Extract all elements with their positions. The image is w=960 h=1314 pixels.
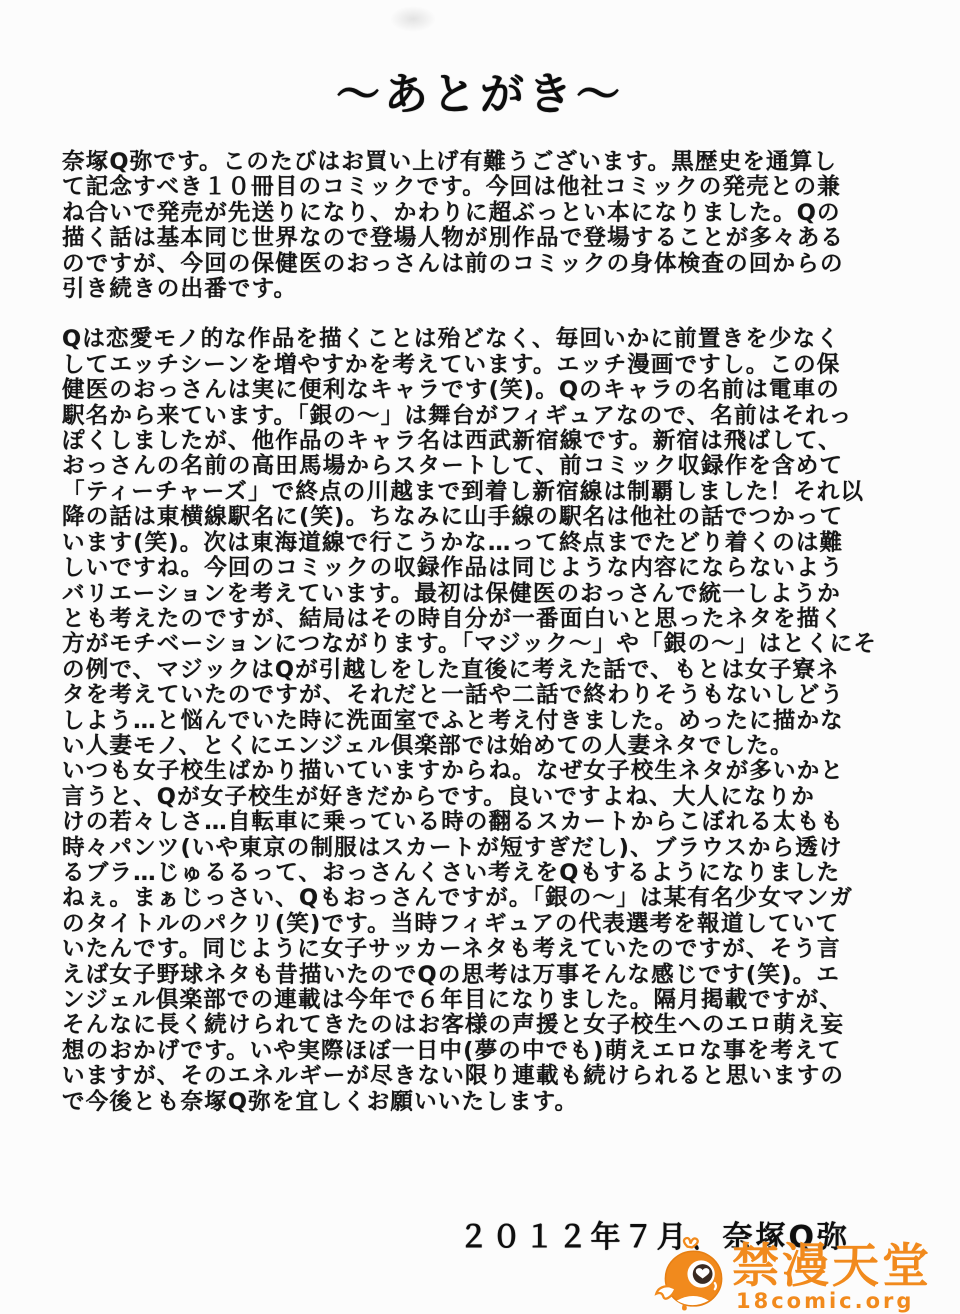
text-line: とも考えたのですが、結局はその時自分が一番面白いと思ったネタを描く xyxy=(62,607,900,632)
text-line: 方がモチベーションにつながります。「マジック～」や「銀の～」はとくにそ xyxy=(62,632,900,657)
text-line: しよう…と悩んでいた時に洗面室でふと考え付きました。めったに描かな xyxy=(62,709,900,734)
paragraph-2: Qは恋愛モノ的な作品を描くことは殆どなく、毎回いかに前置きを少なくしてエッチシー… xyxy=(62,327,900,1115)
text-line: ンジェル倶楽部での連載は今年で６年目になりました。隔月掲載ですが、 xyxy=(62,988,900,1013)
text-line: いたんです。同じように女子サッカーネタも考えていたのですが、そう言 xyxy=(62,937,900,962)
afterword-page: ～あとがき～ 奈塚Q弥です。このたびはお買い上げ有難うございます。黒歴史を通算し… xyxy=(0,0,960,1314)
text-line: Qは恋愛モノ的な作品を描くことは殆どなく、毎回いかに前置きを少なく xyxy=(62,327,900,352)
text-line: バリエーションを考えています。最初は保健医のおっさんで統一しようか xyxy=(62,582,900,607)
text-line: ね合いで発売が先送りになり、かわりに超ぶっとい本になりました。Qの xyxy=(62,201,900,226)
text-line: い人妻モノ、とくにエンジェル倶楽部では始めての人妻ネタでした。 xyxy=(62,734,900,759)
text-line: 奈塚Q弥です。このたびはお買い上げ有難うございます。黒歴史を通算し xyxy=(62,150,900,175)
text-line: て記念すべき１０冊目のコミックです。今回は他社コミックの発売との兼 xyxy=(62,175,900,200)
text-line: 駅名から来ています。「銀の～」は舞台がフィギュアなので、名前はそれっ xyxy=(62,404,900,429)
text-line: 言うと、Qが女子校生が好きだからです。良いですよね、大人になりか xyxy=(62,785,900,810)
text-line: 想のおかげです。いや実際ほぼ一日中(夢の中でも)萌えエロな事を考えて xyxy=(62,1039,900,1064)
text-line: るブラ…じゅるるって、おっさんくさい考えをQもするようになりました xyxy=(62,861,900,886)
text-line: タを考えていたのですが、それだと一話や二話で終わりそうもないしどう xyxy=(62,683,900,708)
text-line: えば女子野球ネタも昔描いたのでQの思考は万事そんな感じです(笑)。エ xyxy=(62,963,900,988)
text-line: 「ティーチャーズ」で終点の川越まで到着し新宿線は制覇しました！それ以 xyxy=(62,480,900,505)
text-line: 引き続きの出番です。 xyxy=(62,277,900,302)
text-line: のですが、今回の保健医のおっさんは前のコミックの身体検査の回からの xyxy=(62,252,900,277)
text-line: しいですね。今回のコミックの収録作品は同じような内容にならないよう xyxy=(62,556,900,581)
text-line: けの若々しさ…自転車に乗っている時の翻るスカートからこぼれる太もも xyxy=(62,810,900,835)
site-watermark: 禁漫天堂 18comic.org xyxy=(654,1236,932,1312)
watermark-site-name: 禁漫天堂 xyxy=(732,1243,932,1290)
text-line: ぽくしましたが、他作品のキャラ名は西武新宿線です。新宿は飛ばして、 xyxy=(62,429,900,454)
text-line: ねぇ。まぁじっさい、Qもおっさんですが。「銀の～」は某有名少女マンガ xyxy=(62,886,900,911)
scan-artifact xyxy=(390,6,436,32)
page-title: ～あとがき～ xyxy=(0,68,960,122)
text-line: してエッチシーンを増やすかを考えています。エッチ漫画ですし。この保 xyxy=(62,353,900,378)
text-line: います(笑)。次は東海道線で行こうかな…って終点までたどり着くのは難 xyxy=(62,531,900,556)
text-line: おっさんの名前の高田馬場からスタートして、前コミック収録作を含めて xyxy=(62,454,900,479)
watermark-text: 禁漫天堂 18comic.org xyxy=(732,1243,932,1312)
text-line: のタイトルのパクリ(笑)です。当時フィギュアの代表選考を報道していて xyxy=(62,912,900,937)
text-line: 描く話は基本同じ世界なので登場人物が別作品で登場することが多々ある xyxy=(62,226,900,251)
text-line: いますが、そのエネルギーが尽きない限り連載も続けられると思いますの xyxy=(62,1064,900,1089)
text-line: 健医のおっさんは実に便利なキャラです(笑)。Qのキャラの名前は電車の xyxy=(62,378,900,403)
paragraph-1: 奈塚Q弥です。このたびはお買い上げ有難うございます。黒歴史を通算して記念すべき１… xyxy=(62,150,900,302)
text-line: いつも女子校生ばかり描いていますからね。なぜ女子校生ネタが多いかと xyxy=(62,759,900,784)
whale-mascot-icon xyxy=(654,1236,730,1312)
text-line: そんなに長く続けられてきたのはお客様の声援と女子校生へのエロ萌え妄 xyxy=(62,1013,900,1038)
afterword-body: 奈塚Q弥です。このたびはお買い上げ有難うございます。黒歴史を通算して記念すべき１… xyxy=(62,150,900,1140)
watermark-site-url: 18comic.org xyxy=(736,1291,914,1312)
text-line: で今後とも奈塚Q弥を宜しくお願いいたします。 xyxy=(62,1090,900,1115)
text-line: 降の話は東横線駅名に(笑)。ちなみに山手線の駅名は他社の話でつかって xyxy=(62,505,900,530)
text-line: の例で、マジックはQが引越しをした直後に考えた話で、もとは女子寮ネ xyxy=(62,658,900,683)
text-line: 時々パンツ(いや東京の制服はスカートが短すぎだし)、ブラウスから透け xyxy=(62,836,900,861)
